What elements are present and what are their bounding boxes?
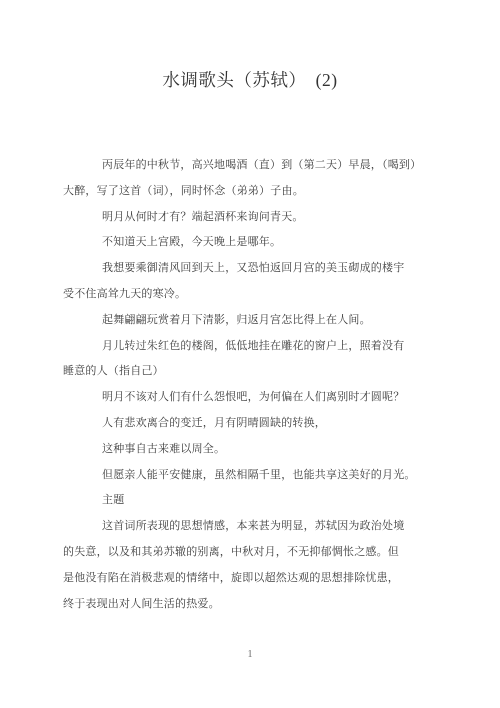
text-line: 主题	[63, 488, 455, 514]
text-line: 的失意，以及和其弟苏辙的别离，中秋对月，不无抑郁惆怅之感。但	[63, 540, 455, 566]
document-body: 丙辰年的中秋节，高兴地喝酒（直）到（第二天）早晨，（喝到） 大醉，写了这首（词）…	[63, 153, 455, 617]
text-line: 人有悲欢离合的变迁，月有阴晴圆缺的转换，	[63, 411, 455, 437]
text-line: 丙辰年的中秋节，高兴地喝酒（直）到（第二天）早晨，（喝到）	[63, 153, 455, 179]
text-line: 这首词所表现的思想情感，本来甚为明显，苏轼因为政治处境	[63, 514, 455, 540]
document-title: 水调歌头（苏轼） (2)	[0, 68, 500, 92]
text-line: 明月从何时才有？端起酒杯来询问青天。	[63, 205, 455, 231]
text-line: 起舞翩翩玩赏着月下清影，归返月宫怎比得上在人间。	[63, 308, 455, 334]
page-number: 1	[0, 648, 500, 662]
text-line: 不知道天上宫殿，今天晚上是哪年。	[63, 230, 455, 256]
text-line: 月儿转过朱红色的楼阁，低低地挂在雕花的窗户上，照着没有	[63, 334, 455, 360]
text-line: 是他没有陷在消极悲观的情绪中，旋即以超然达观的思想排除忧患，	[63, 566, 455, 592]
document-page: 水调歌头（苏轼） (2) 丙辰年的中秋节，高兴地喝酒（直）到（第二天）早晨，（喝…	[0, 0, 500, 708]
text-line: 受不住高耸九天的寒冷。	[63, 282, 455, 308]
text-line: 明月不该对人们有什么怨恨吧，为何偏在人们离别时才圆呢？	[63, 385, 455, 411]
text-line: 睡意的人（指自己）	[63, 359, 455, 385]
text-line: 大醉，写了这首（词），同时怀念（弟弟）子由。	[63, 179, 455, 205]
text-line: 我想要乘御清风回到天上，又恐怕返回月宫的美玉砌成的楼宇	[63, 256, 455, 282]
text-line: 终于表现出对人间生活的热爱。	[63, 592, 455, 618]
text-line: 但愿亲人能平安健康，虽然相隔千里，也能共享这美好的月光。	[63, 463, 455, 489]
text-line: 这种事自古来难以周全。	[63, 437, 455, 463]
